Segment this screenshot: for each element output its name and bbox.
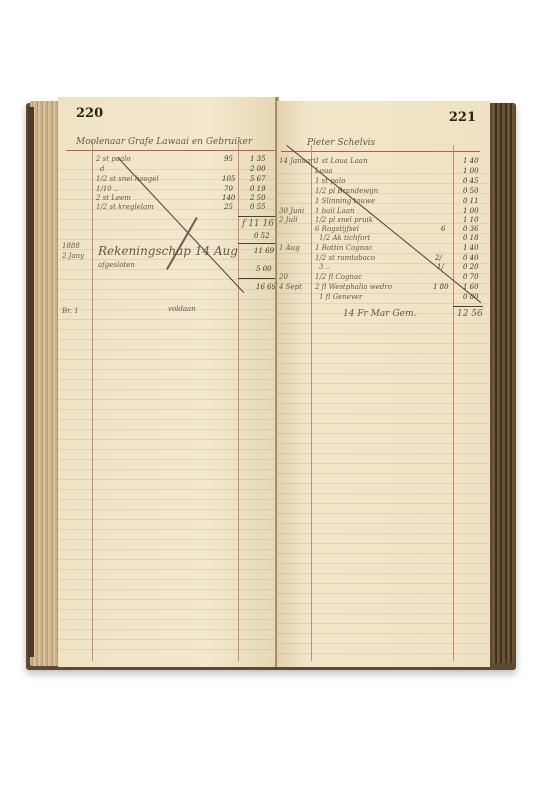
entry-desc: 1/2 fl Cognac (315, 273, 362, 281)
total-rule (453, 306, 483, 307)
subtotal-rule (238, 216, 276, 217)
transfer-amount-3: 16 69 (256, 283, 276, 291)
subtotal: f 11 16 (242, 219, 274, 229)
date-column-line (311, 145, 312, 661)
account-header-right: Pieter Schelvis (307, 138, 375, 148)
account-header-left: Moolenaar Grafe Lawaai en Gebruiker (76, 137, 252, 147)
page-number-right: 221 (449, 110, 476, 125)
entry-desc: 2 st Leem (96, 194, 131, 202)
entry-desc: 3 .. (319, 263, 330, 271)
amount-column-line (453, 145, 454, 661)
scribble: voldaan (168, 305, 196, 313)
entry-amount: 2 00 (250, 165, 266, 173)
entry-desc: 1/2 pl snel pruik (315, 216, 373, 224)
entry-qty: 105 (222, 175, 235, 183)
entry-desc: 1/2 st kreglelam (96, 203, 154, 211)
amount-column-line (238, 141, 239, 661)
entry-desc: 1/2 st snel hoogel (96, 175, 159, 183)
entry-date: 30 Juni (279, 207, 304, 215)
spine-edge (28, 107, 34, 657)
right-page: 221 Pieter Schelvis 14 Januari 1 st Loua… (277, 101, 490, 667)
entry-desc: 1/2 st ramtabaco (315, 254, 375, 262)
transfer-total-rule (238, 278, 276, 279)
entry-desc: 1 st Loua Laan (315, 157, 368, 165)
entry-amount: 0 55 (250, 203, 266, 211)
date-note: 2 Jany (62, 252, 84, 260)
entry-qty: 95 (224, 155, 233, 163)
entry-desc: 2 fl Westphalia wedro (315, 283, 392, 291)
entry-desc: 6 Rogstijfsel (315, 225, 359, 233)
entry-desc: 2 st paalo (96, 155, 131, 163)
entry-desc: 1 fl Genever (319, 293, 362, 301)
page-number-left: 220 (76, 106, 103, 121)
year-note: 1888 (62, 242, 80, 250)
entry-amount: 1 10 (463, 216, 479, 224)
transfer-rule (238, 243, 276, 244)
entry-qty: 6 (441, 225, 445, 233)
date-column-line (92, 141, 93, 661)
entry-date: 1 Aug (279, 244, 300, 252)
ruled-lines (277, 164, 490, 657)
left-page: 220 Moolenaar Grafe Lawaai en Gebruiker … (58, 97, 276, 667)
entry-amount: 0 45 (463, 177, 479, 185)
transfer-amount-2: 5 00 (256, 265, 272, 273)
entry-date: 20 (279, 273, 288, 281)
entry-desc: 1/2 Ak tichfort (319, 234, 370, 242)
entry-amount: 0 40 (463, 254, 479, 262)
entry-amount: 1 40 (463, 244, 479, 252)
subtotal-small: 0 52 (254, 232, 270, 240)
entry-amount: 0 18 (463, 234, 479, 242)
entry-amount: 0 11 (463, 197, 479, 205)
transfer-sub: afgesloten (98, 261, 135, 269)
entry-amount: 1 40 (463, 157, 479, 165)
entry-date: 4 Sept (279, 283, 302, 291)
entry-amount: 0 70 (463, 273, 479, 281)
entry-desc: 1 Slinning touwe (315, 197, 375, 205)
entry-amount: 1 00 (463, 167, 479, 175)
entry-amount: 2 50 (250, 194, 266, 202)
entry-qty: 1 80 (433, 283, 449, 291)
entry-qty: 25 (224, 203, 233, 211)
entry-date: 2 Juli (279, 216, 297, 224)
ledger-book: 220 Moolenaar Grafe Lawaai en Gebruiker … (26, 97, 516, 670)
margin-note: Br. 1 (62, 307, 79, 315)
entry-amount: 1 00 (463, 207, 479, 215)
ruled-lines (58, 160, 276, 657)
entry-amount: 0 36 (463, 225, 479, 233)
transfer-amount-1: 11 69 (254, 247, 274, 255)
transfer-text: Rekeningschap 14 Aug (98, 244, 238, 258)
entry-qty: 70 (224, 185, 233, 193)
entry-desc: 1 bail Laan (315, 207, 355, 215)
cover-edge-right (492, 103, 514, 663)
entry-desc: 1 Bottin Cognac (315, 244, 372, 252)
entry-amount: 5 67 (250, 175, 266, 183)
entry-amount: 0 50 (463, 187, 479, 195)
entry-amount: 0 20 (463, 263, 479, 271)
entry-amount: 0 19 (250, 185, 266, 193)
total-amount: 12 56 (457, 309, 483, 319)
entry-qty: 2/ (435, 254, 442, 262)
page-edges-left (30, 101, 60, 666)
entry-amount: 1 35 (250, 155, 266, 163)
header-rule (66, 150, 276, 151)
entry-desc: d (100, 165, 104, 173)
total-label: 14 Fr Mar Gem. (343, 309, 416, 319)
entry-qty: 140 (222, 194, 235, 202)
entry-desc: 1/10 .. (96, 185, 118, 193)
